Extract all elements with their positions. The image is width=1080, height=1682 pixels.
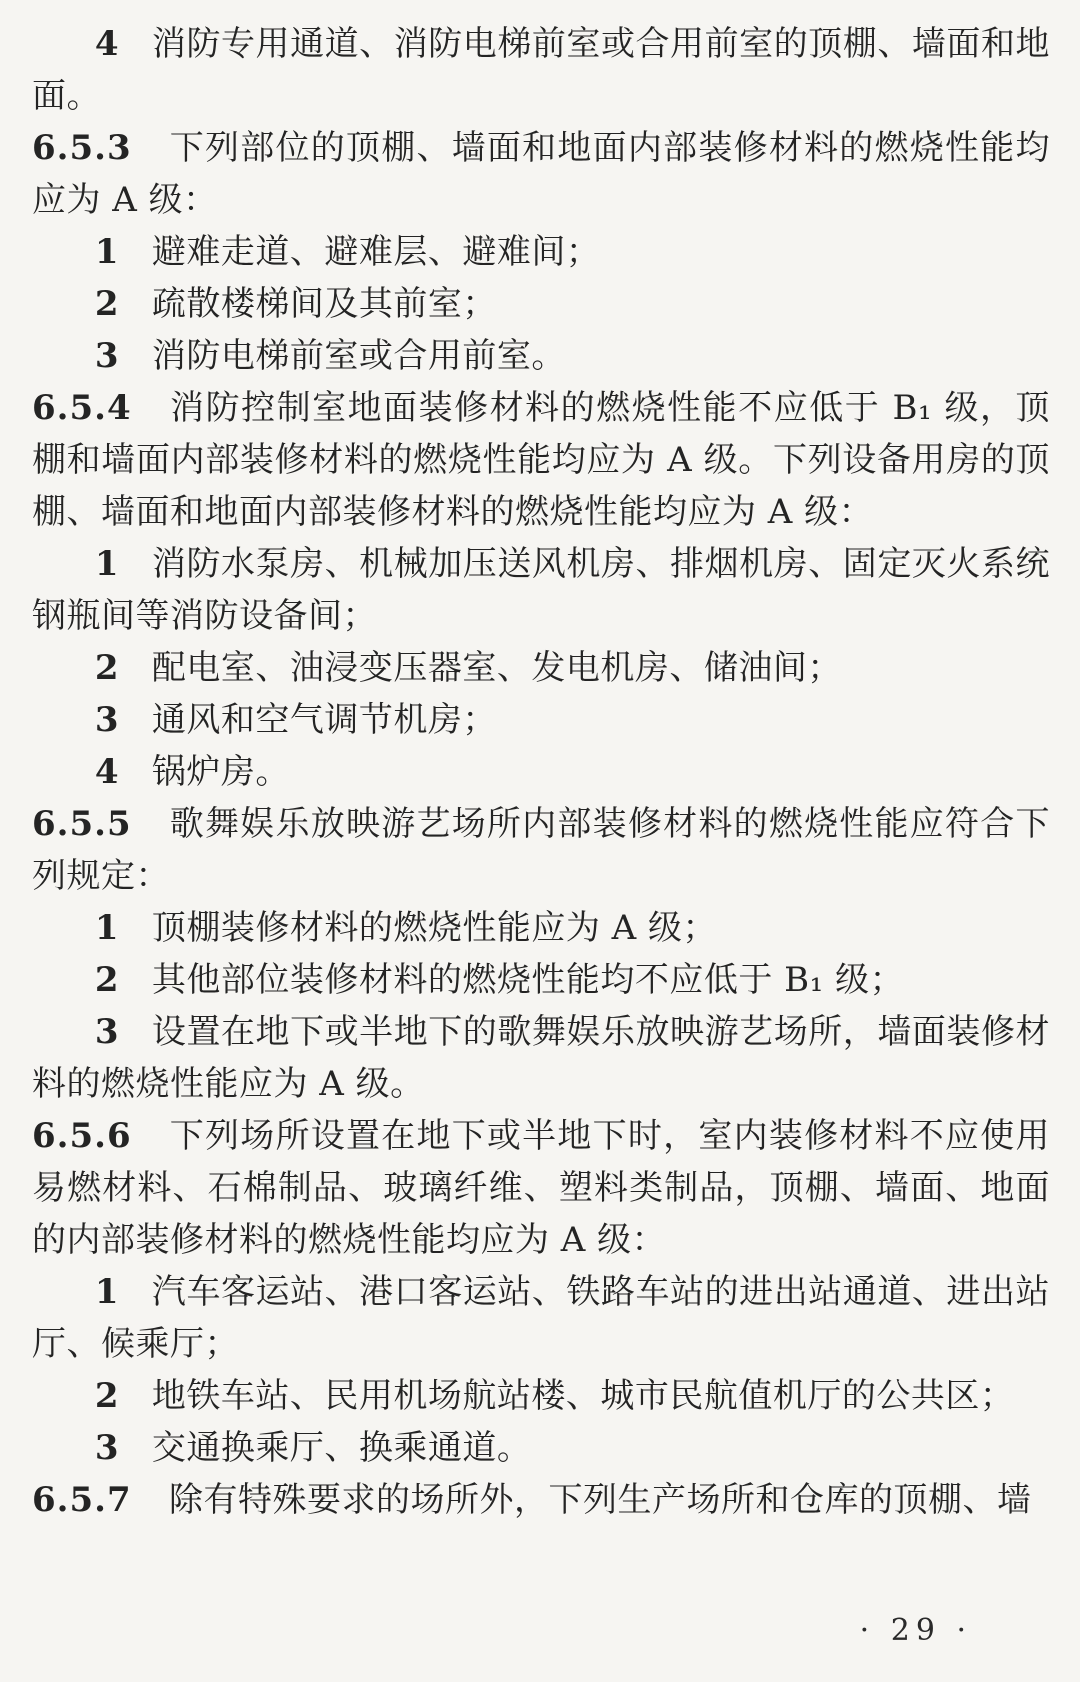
section-number: 6.5.7 bbox=[32, 1480, 132, 1520]
clause-item: 1顶棚装修材料的燃烧性能应为 A 级； bbox=[32, 902, 1050, 954]
page-number: · 29 · bbox=[860, 1613, 972, 1648]
section-number: 6.5.5 bbox=[32, 804, 132, 844]
section-text: 消防控制室地面装修材料的燃烧性能不应低于 B₁ 级，顶棚和墙面内部装修材料的燃烧… bbox=[32, 388, 1050, 532]
clause-item: 3设置在地下或半地下的歌舞娱乐放映游艺场所，墙面装修材料的燃烧性能应为 A 级。 bbox=[32, 1006, 1050, 1110]
item-number: 3 bbox=[95, 700, 120, 740]
section-text: 下列部位的顶棚、墙面和地面内部装修材料的燃烧性能均应为 A 级： bbox=[32, 128, 1050, 220]
clause-item: 3通风和空气调节机房； bbox=[32, 694, 1050, 746]
section-number: 6.5.4 bbox=[32, 388, 132, 428]
item-number: 1 bbox=[95, 1272, 120, 1312]
clause-item: 4消防专用通道、消防电梯前室或合用前室的顶棚、墙面和地面。 bbox=[32, 18, 1050, 122]
item-text: 锅炉房。 bbox=[152, 752, 290, 792]
item-text: 其他部位装修材料的燃烧性能均不应低于 B₁ 级； bbox=[152, 960, 904, 1000]
clause-section: 6.5.7除有特殊要求的场所外，下列生产场所和仓库的顶棚、墙 bbox=[32, 1474, 1050, 1526]
clause-section: 6.5.3下列部位的顶棚、墙面和地面内部装修材料的燃烧性能均应为 A 级： bbox=[32, 122, 1050, 226]
item-text: 交通换乘厅、换乘通道。 bbox=[152, 1428, 532, 1468]
item-text: 疏散楼梯间及其前室； bbox=[152, 284, 497, 324]
item-number: 3 bbox=[95, 336, 120, 376]
section-number: 6.5.6 bbox=[32, 1116, 132, 1156]
clause-section: 6.5.6下列场所设置在地下或半地下时，室内装修材料不应使用易燃材料、石棉制品、… bbox=[32, 1110, 1050, 1266]
item-number: 1 bbox=[95, 232, 120, 272]
item-text: 通风和空气调节机房； bbox=[152, 700, 497, 740]
item-text: 消防电梯前室或合用前室。 bbox=[152, 336, 566, 376]
clause-section: 6.5.5歌舞娱乐放映游艺场所内部装修材料的燃烧性能应符合下列规定： bbox=[32, 798, 1050, 902]
item-text: 消防专用通道、消防电梯前室或合用前室的顶棚、墙面和地面。 bbox=[32, 24, 1050, 116]
item-number: 2 bbox=[95, 960, 120, 1000]
item-number: 2 bbox=[95, 284, 120, 324]
section-text: 歌舞娱乐放映游艺场所内部装修材料的燃烧性能应符合下列规定： bbox=[32, 804, 1050, 896]
clause-item: 3消防电梯前室或合用前室。 bbox=[32, 330, 1050, 382]
item-text: 消防水泵房、机械加压送风机房、排烟机房、固定灭火系统钢瓶间等消防设备间； bbox=[32, 544, 1050, 636]
clause-item: 2其他部位装修材料的燃烧性能均不应低于 B₁ 级； bbox=[32, 954, 1050, 1006]
item-number: 1 bbox=[95, 908, 120, 948]
document-page: 4消防专用通道、消防电梯前室或合用前室的顶棚、墙面和地面。 6.5.3下列部位的… bbox=[0, 0, 1080, 1682]
item-text: 顶棚装修材料的燃烧性能应为 A 级； bbox=[152, 908, 717, 948]
item-number: 3 bbox=[95, 1428, 120, 1468]
item-number: 4 bbox=[95, 24, 120, 64]
item-number: 3 bbox=[95, 1012, 120, 1052]
clause-item: 2配电室、油浸变压器室、发电机房、储油间； bbox=[32, 642, 1050, 694]
clause-item: 4锅炉房。 bbox=[32, 746, 1050, 798]
item-text: 地铁车站、民用机场航站楼、城市民航值机厅的公共区； bbox=[152, 1376, 1015, 1416]
item-number: 2 bbox=[95, 648, 120, 688]
item-number: 1 bbox=[95, 544, 120, 584]
item-number: 4 bbox=[95, 752, 120, 792]
clause-item: 1消防水泵房、机械加压送风机房、排烟机房、固定灭火系统钢瓶间等消防设备间； bbox=[32, 538, 1050, 642]
item-text: 避难走道、避难层、避难间； bbox=[152, 232, 601, 272]
clause-item: 2疏散楼梯间及其前室； bbox=[32, 278, 1050, 330]
clause-item: 3交通换乘厅、换乘通道。 bbox=[32, 1422, 1050, 1474]
clause-item: 1汽车客运站、港口客运站、铁路车站的进出站通道、进出站厅、候乘厅； bbox=[32, 1266, 1050, 1370]
item-text: 设置在地下或半地下的歌舞娱乐放映游艺场所，墙面装修材料的燃烧性能应为 A 级。 bbox=[32, 1012, 1050, 1104]
section-text: 除有特殊要求的场所外，下列生产场所和仓库的顶棚、墙 bbox=[169, 1480, 1032, 1520]
clause-item: 1避难走道、避难层、避难间； bbox=[32, 226, 1050, 278]
section-number: 6.5.3 bbox=[32, 128, 132, 168]
clause-section: 6.5.4消防控制室地面装修材料的燃烧性能不应低于 B₁ 级，顶棚和墙面内部装修… bbox=[32, 382, 1050, 538]
item-text: 汽车客运站、港口客运站、铁路车站的进出站通道、进出站厅、候乘厅； bbox=[32, 1272, 1050, 1364]
item-number: 2 bbox=[95, 1376, 120, 1416]
item-text: 配电室、油浸变压器室、发电机房、储油间； bbox=[152, 648, 842, 688]
section-text: 下列场所设置在地下或半地下时，室内装修材料不应使用易燃材料、石棉制品、玻璃纤维、… bbox=[32, 1116, 1050, 1260]
clause-item: 2地铁车站、民用机场航站楼、城市民航值机厅的公共区； bbox=[32, 1370, 1050, 1422]
